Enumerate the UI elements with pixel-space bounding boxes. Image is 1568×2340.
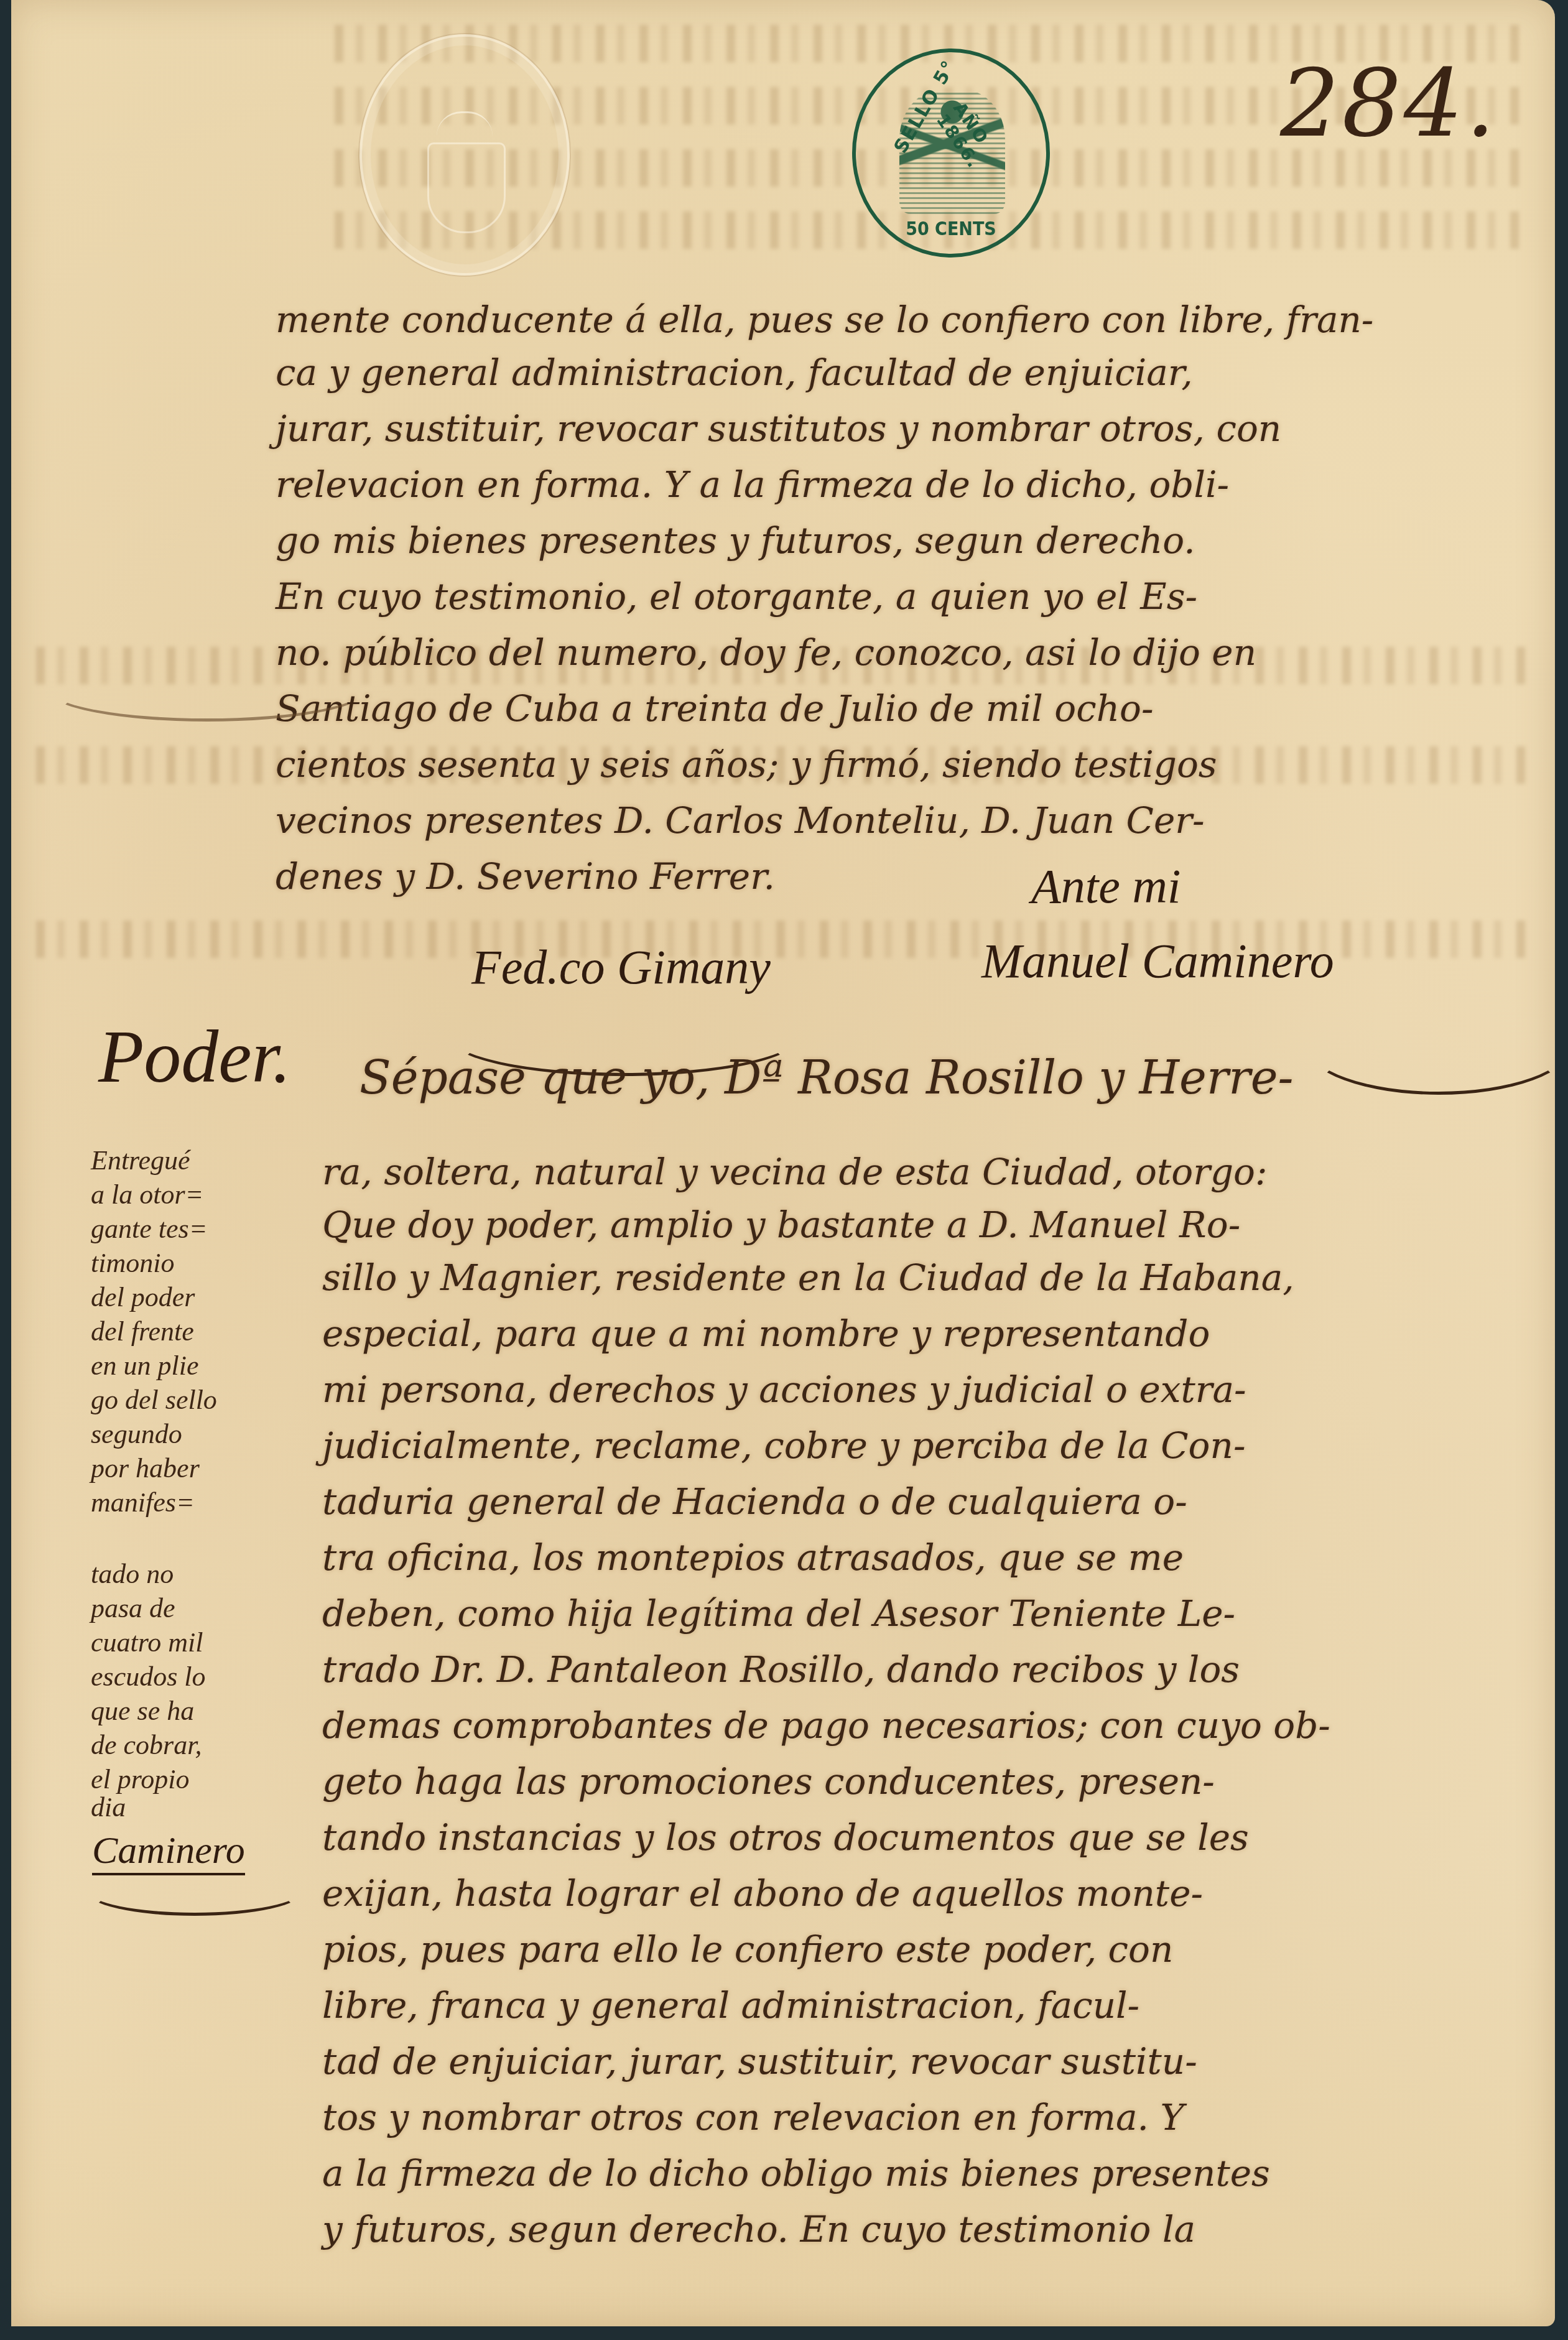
manuscript-page: SELLO 5° AÑO 1866. 50 CENTS 284. mente c…: [11, 0, 1555, 2326]
deed-line: jurar, sustituir, revocar sustitutos y n…: [276, 407, 1281, 450]
left-margin-flourish: [49, 659, 366, 722]
margin-signature-flourish: [86, 1866, 304, 1916]
deed-line: y futuros, segun derecho. En cuyo testim…: [322, 2208, 1195, 2250]
margin-note-line: cuatro mil: [91, 1627, 203, 1658]
deed-line: En cuyo testimonio, el otorgante, a quie…: [276, 575, 1197, 618]
deed-line: go mis bienes presentes y futuros, segun…: [276, 519, 1195, 562]
deed-line: demas comprobantes de pago necesarios; c…: [322, 1704, 1330, 1747]
margin-note-line: de cobrar,: [91, 1729, 202, 1761]
margin-note-line: a la otor=: [91, 1179, 203, 1210]
deed-line: sillo y Magnier, residente en la Ciudad …: [322, 1256, 1294, 1299]
deed-line: pios, pues para ello le confiero este po…: [322, 1928, 1173, 1971]
shield-icon: [427, 142, 506, 233]
margin-note-line: timonio: [91, 1247, 174, 1279]
deed-line: exijan, hasta lograr el abono de aquello…: [322, 1872, 1203, 1915]
margin-note-line: que se ha: [91, 1695, 194, 1727]
tax-stamp: SELLO 5° AÑO 1866. 50 CENTS: [852, 49, 1050, 258]
signature-flourish: [1305, 995, 1568, 1095]
deed-line: Sépase que yo, Dª Rosa Rosillo y Herre-: [360, 1051, 1293, 1105]
margin-note-line: manifes=: [91, 1487, 195, 1518]
deed-line: tad de enjuiciar, jurar, sustituir, revo…: [322, 2040, 1197, 2082]
deed-line: relevacion en forma. Y a la firmeza de l…: [276, 463, 1229, 506]
margin-note-line: el propio: [91, 1763, 189, 1795]
margin-note-line: por haber: [91, 1452, 200, 1484]
margin-note-line: del frente: [91, 1316, 194, 1347]
margin-note-line: go del sello: [91, 1384, 217, 1416]
deed-line: ca y general administracion, facultad de…: [276, 351, 1193, 394]
deed-line: deben, como hija legítima del Asesor Ten…: [322, 1592, 1235, 1635]
deed-line: geto haga las promociones conducentes, p…: [322, 1760, 1215, 1803]
stamp-value-text: 50 CENTS: [856, 218, 1046, 240]
deed-line: Santiago de Cuba a treinta de Julio de m…: [276, 687, 1154, 730]
margin-note-line: dia: [91, 1791, 126, 1823]
deed-line: tra oficina, los montepios atrasados, qu…: [322, 1536, 1184, 1579]
deed-line: cientos sesenta y seis años; y firmó, si…: [276, 743, 1217, 786]
deed-line: mi persona, derechos y acciones y judici…: [322, 1368, 1246, 1411]
deed-line: tos y nombrar otros con relevacion en fo…: [322, 2096, 1184, 2138]
margin-note-line: gante tes=: [91, 1213, 207, 1245]
crown-icon: [437, 111, 493, 138]
deed-line: libre, franca y general administracion, …: [322, 1984, 1139, 2027]
folio-number: 284.: [1280, 50, 1498, 158]
deed-line: trado Dr. D. Pantaleon Rosillo, dando re…: [322, 1648, 1240, 1691]
deed-line: taduria general de Hacienda o de cualqui…: [322, 1480, 1187, 1523]
deed-line: vecinos presentes D. Carlos Monteliu, D.…: [276, 799, 1205, 842]
margin-note-line: tado no: [91, 1558, 174, 1590]
margin-note-line: pasa de: [91, 1592, 175, 1624]
deed-line: tando instancias y los otros documentos …: [322, 1816, 1249, 1859]
deed-line: judicialmente, reclame, cobre y perciba …: [322, 1424, 1246, 1467]
deed-line: ra, soltera, natural y vecina de esta Ci…: [322, 1151, 1268, 1193]
margin-note-line: escudos lo: [91, 1661, 206, 1692]
deed-line: no. público del numero, doy fe, conozco,…: [276, 631, 1256, 674]
deed-line: mente conducente á ella, pues se lo conf…: [276, 299, 1373, 341]
signature-notary: Manuel Caminero: [981, 933, 1334, 989]
margin-note-line: del poder: [91, 1281, 195, 1313]
deed-line: Que doy poder, amplio y bastante a D. Ma…: [322, 1204, 1240, 1246]
margin-note-line: Entregué: [91, 1144, 190, 1176]
deed-line: denes y D. Severino Ferrer.: [276, 855, 775, 898]
embossed-seal-icon: [360, 34, 570, 276]
margin-note-line: en un plie: [91, 1350, 199, 1381]
poder-heading: Poder.: [98, 1014, 291, 1100]
deed-line: a la firmeza de lo dicho obligo mis bien…: [322, 2152, 1270, 2194]
margin-note-line: segundo: [91, 1418, 182, 1450]
deed-line: especial, para que a mi nombre y represe…: [322, 1312, 1210, 1355]
signature-grantor: Fed.co Gimany: [471, 939, 771, 995]
signature-ante-mi: Ante mi: [1031, 858, 1181, 914]
